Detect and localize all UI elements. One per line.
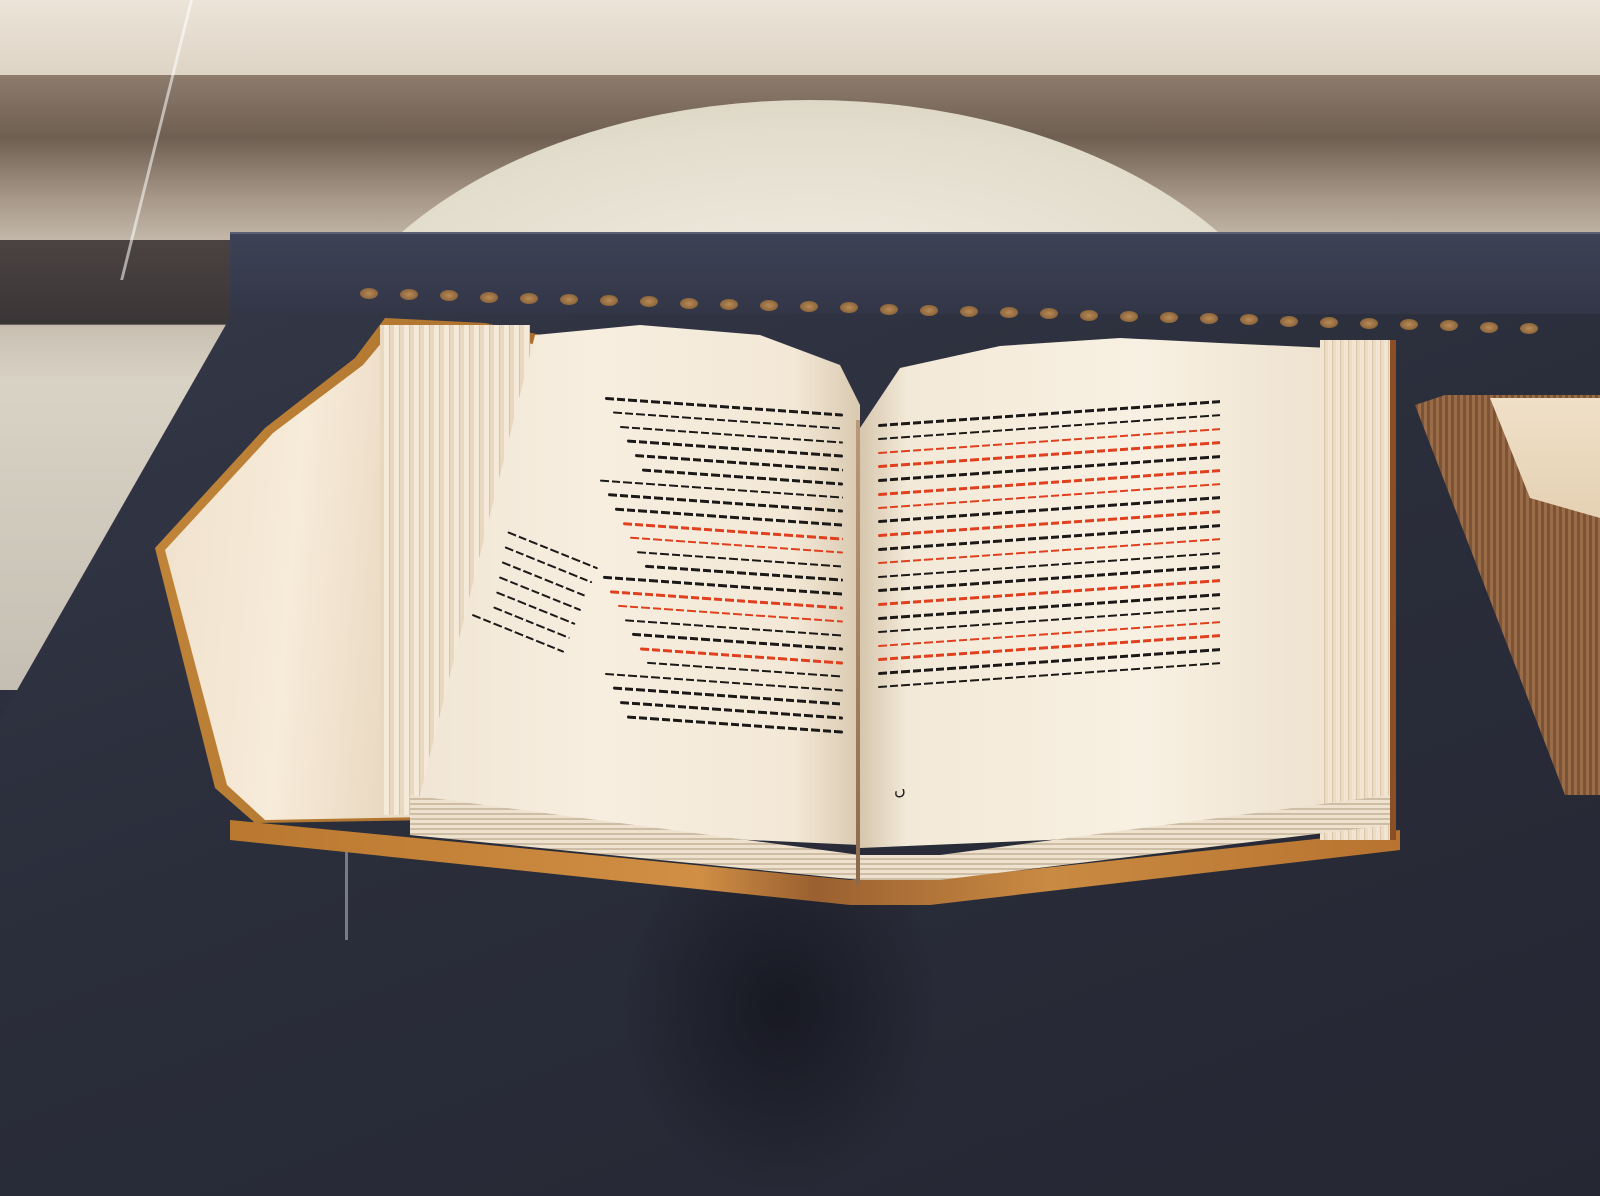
script-line	[878, 593, 1223, 620]
script-line	[878, 455, 1223, 482]
script-line	[878, 552, 1223, 579]
open-manuscript: ں	[0, 0, 1600, 1196]
script-line	[878, 648, 1223, 675]
script-line	[878, 483, 1223, 510]
left-page-text	[598, 396, 843, 744]
script-line	[632, 633, 843, 650]
script-line	[878, 565, 1223, 592]
script-line	[647, 662, 843, 678]
script-line	[878, 441, 1223, 468]
script-line	[878, 579, 1223, 606]
script-line	[878, 620, 1223, 647]
script-line	[499, 576, 581, 611]
script-line	[493, 606, 570, 639]
script-line	[878, 510, 1223, 537]
book-gutter	[856, 420, 860, 885]
script-line	[645, 565, 843, 581]
script-line	[878, 634, 1223, 661]
script-line	[627, 715, 843, 733]
right-page-text	[878, 400, 1223, 700]
script-line	[878, 496, 1223, 523]
catchword-mark: ں	[894, 780, 906, 799]
script-line	[878, 524, 1223, 551]
script-line	[878, 428, 1223, 455]
script-line	[637, 551, 843, 568]
script-line	[618, 605, 843, 623]
script-line	[635, 454, 843, 471]
script-line	[630, 536, 843, 553]
script-line	[627, 440, 843, 458]
script-line	[640, 647, 843, 664]
script-line	[502, 561, 587, 597]
script-line	[878, 607, 1223, 634]
right-page-stack	[1320, 340, 1396, 840]
script-line	[642, 468, 843, 485]
script-line	[878, 469, 1223, 496]
script-line	[878, 538, 1223, 565]
script-line	[496, 591, 576, 625]
